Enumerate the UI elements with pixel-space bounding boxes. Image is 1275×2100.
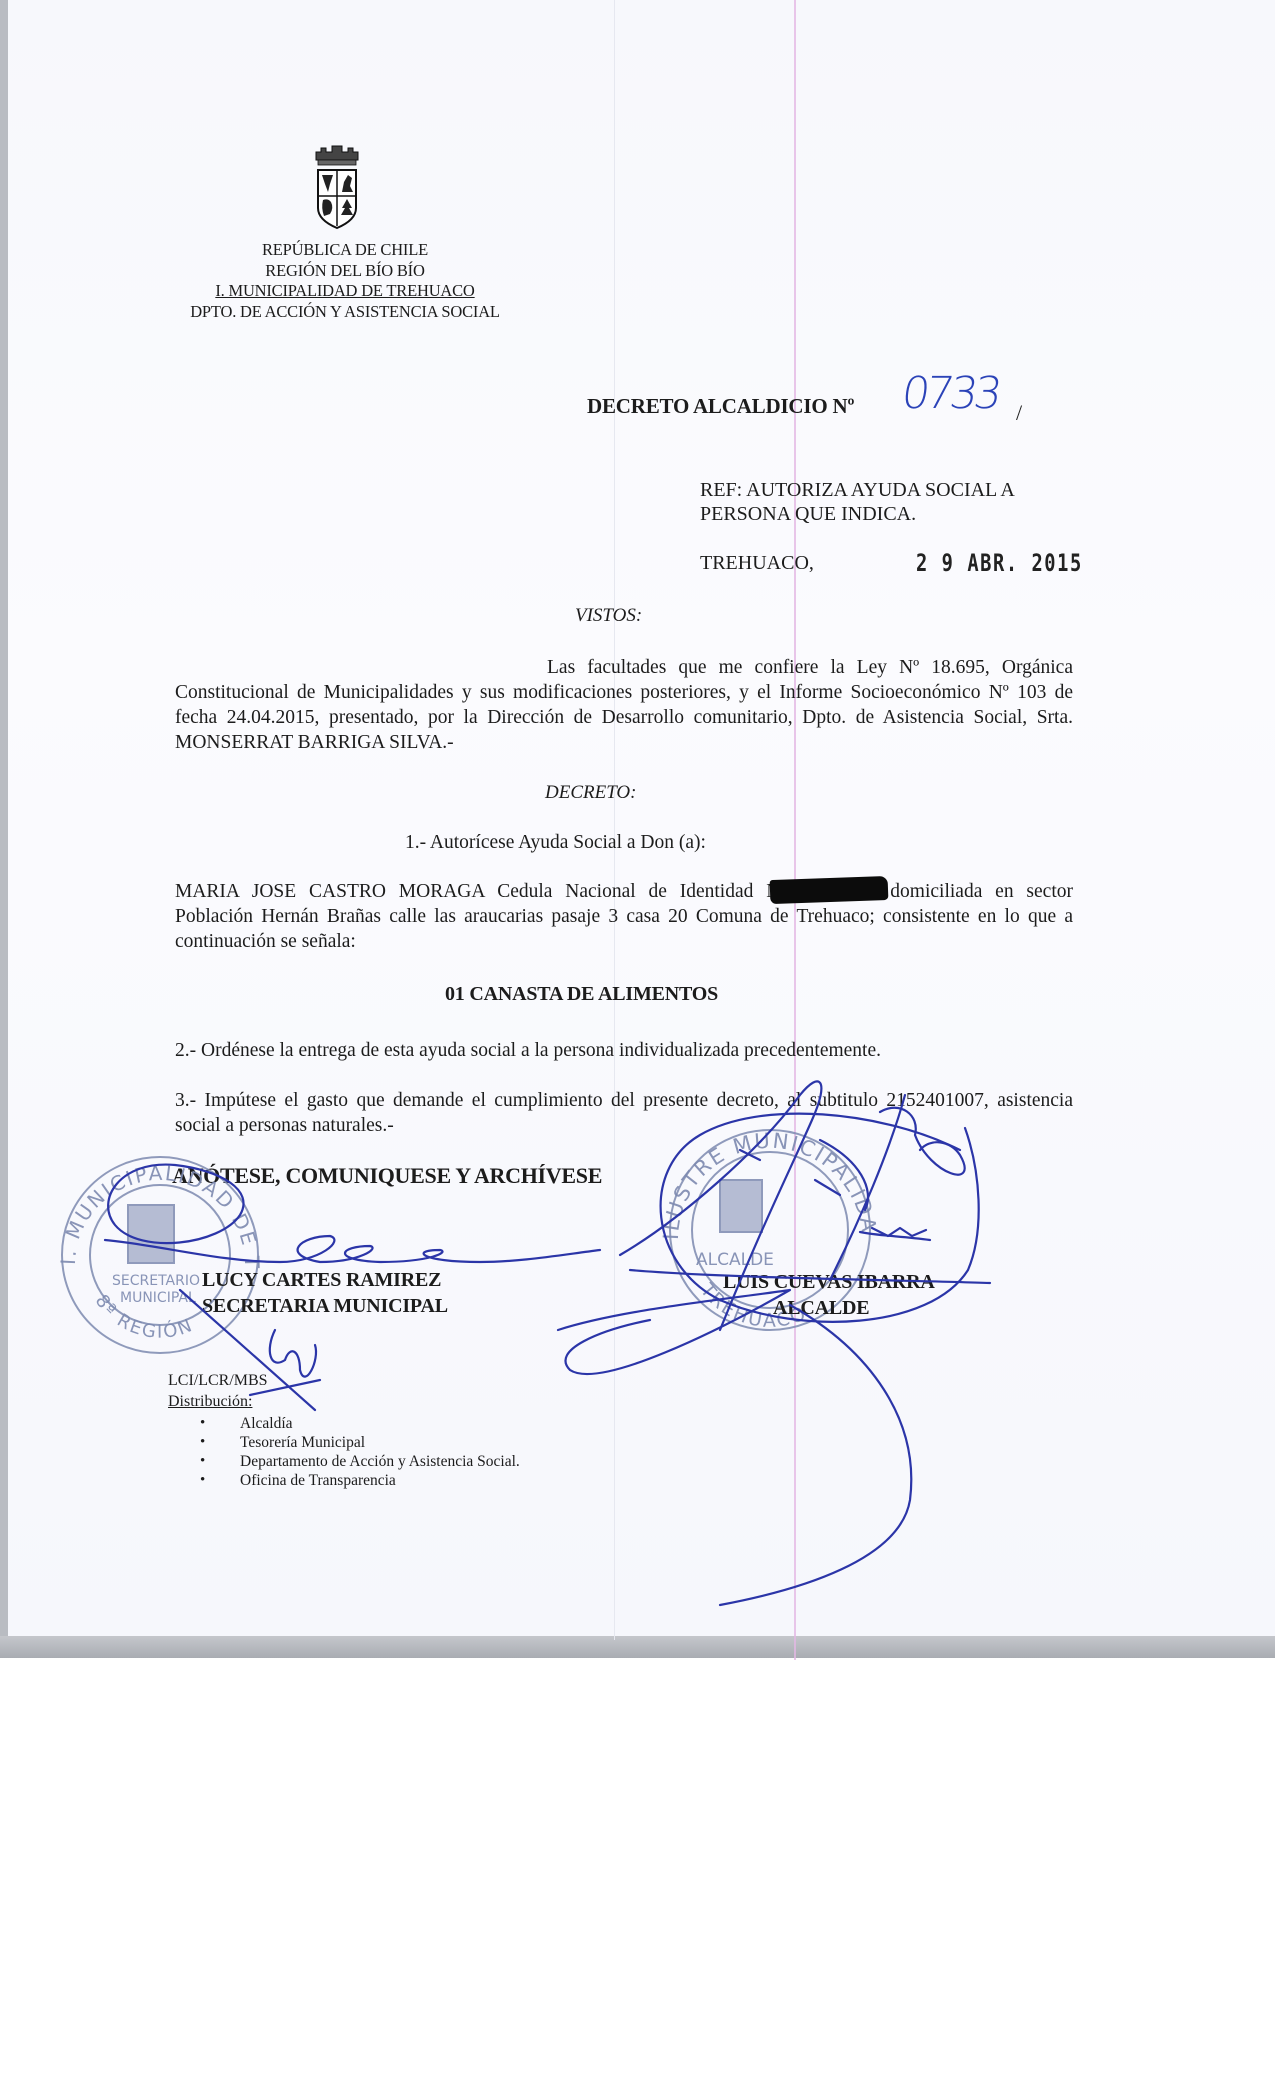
secretary-name: LUCY CARTES RAMIREZ (202, 1268, 441, 1292)
decreto-heading: DECRETO: (545, 782, 636, 804)
mayor-role: ALCALDE (773, 1296, 869, 1320)
decree-place: TREHUACO, (700, 552, 814, 575)
date-stamp: 2 9 ABR. 2015 (916, 549, 1083, 577)
coat-of-arms-icon (312, 142, 362, 230)
vistos-heading: VISTOS: (575, 605, 642, 627)
closing-formula: ANÓTESE, COMUNIQUESE Y ARCHÍVESE (172, 1163, 602, 1189)
beneficiary-name-text: MARIA JOSE CASTRO MORAGA Cedula Nacional… (175, 881, 780, 902)
drafter-initials: LCI/LCR/MBS (168, 1372, 268, 1390)
distribution-item: Tesorería Municipal (200, 1433, 520, 1452)
vistos-paragraph: Las facultades que me confiere la Ley Nº… (175, 655, 1073, 755)
decree-item-3: 3.- Impútese el gasto que demande el cum… (175, 1088, 1073, 1138)
letterhead-municipality: I. MUNICIPALIDAD DE TREHUACO (170, 281, 520, 302)
beneficiary-paragraph: MARIA JOSE CASTRO MORAGA Cedula Nacional… (175, 878, 1073, 954)
letterhead-department: DPTO. DE ACCIÓN Y ASISTENCIA SOCIAL (170, 302, 520, 323)
scan-artifact-line-pink (794, 0, 796, 1660)
secretary-role: SECRETARIA MUNICIPAL (202, 1294, 448, 1318)
letterhead-country: REPÚBLICA DE CHILE (170, 240, 520, 261)
letterhead-region: REGIÓN DEL BÍO BÍO (170, 261, 520, 282)
mayor-name: LUIS CUEVAS IBARRA (723, 1270, 935, 1294)
decree-title: DECRETO ALCALDICIO Nº (587, 394, 854, 419)
decree-item-1: 1.- Autorícese Ayuda Social a Don (a): (405, 832, 706, 854)
decree-number-handwritten: 0733 (898, 368, 1001, 419)
decree-number-slash: / (1016, 400, 1022, 426)
distribution-item: Oficina de Transparencia (200, 1471, 520, 1490)
distribution-item: Departamento de Acción y Asistencia Soci… (200, 1452, 520, 1471)
scan-edge-bottom (0, 1636, 1275, 1658)
scan-artifact-line (614, 0, 615, 1640)
letterhead: REPÚBLICA DE CHILE REGIÓN DEL BÍO BÍO I.… (170, 240, 520, 322)
decree-reference: REF: AUTORIZA AYUDA SOCIAL A PERSONA QUE… (700, 478, 1080, 526)
benefit-item: 01 CANASTA DE ALIMENTOS (445, 983, 718, 1006)
redacted-id-number (770, 876, 889, 904)
distribution-label: Distribución: (168, 1393, 252, 1411)
distribution-item: Alcaldía (200, 1414, 520, 1433)
scan-edge-left (0, 0, 8, 1658)
distribution-list: Alcaldía Tesorería Municipal Departament… (200, 1414, 520, 1490)
decree-item-2: 2.- Ordénese la entrega de esta ayuda so… (175, 1038, 1073, 1063)
